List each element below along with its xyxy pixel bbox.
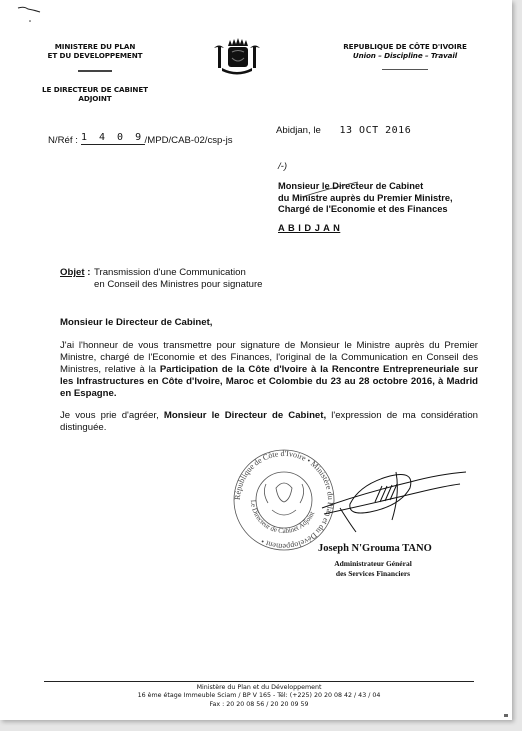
subject-line-1: Transmission d'une Communication [94, 267, 263, 279]
subject-text: Transmission d'une Communication en Cons… [94, 267, 263, 291]
date-stamp: 13 OCT 2016 [339, 125, 411, 136]
body-p2-addressee: Monsieur le Directeur de Cabinet, [164, 410, 326, 421]
svg-text:Le Directeur de Cabinet Adjoin: Le Directeur de Cabinet Adjoint [249, 500, 316, 536]
footer: Ministère du Plan et du Développement 16… [44, 684, 474, 709]
handwritten-correction-icon [300, 180, 370, 200]
subject-separator: : [85, 267, 91, 278]
subject-label: Objet [60, 267, 85, 278]
office-line-1: LE DIRECTEUR DE CABINET [40, 85, 150, 94]
body-paragraph-1: J'ai l'honneur de vous transmettre pour … [60, 340, 478, 400]
signature-icon [320, 464, 470, 534]
body-paragraph-2: Je vous prie d'agréer, Monsieur le Direc… [60, 410, 478, 434]
ministry-line-2: ET DU DEVELOPPEMENT [40, 51, 150, 60]
country-name: REPUBLIQUE DE CÔTE D'IVOIRE [340, 42, 470, 51]
office-title: LE DIRECTEUR DE CABINET ADJOINT [40, 85, 150, 103]
page-resize-handle[interactable] [504, 714, 508, 717]
country-motto: Union – Discipline – Travail [340, 51, 470, 60]
subject-block: Objet : [60, 267, 90, 279]
ministry-name: MINISTERE DU PLAN ET DU DEVELOPPEMENT [40, 42, 150, 60]
scribble-mark-icon [16, 4, 46, 24]
reference-label: N/Réf : [48, 135, 78, 146]
document-page: MINISTERE DU PLAN ET DU DEVELOPPEMENT LE… [0, 0, 512, 720]
reference-suffix: /MPD/CAB-02/csp-js [145, 135, 233, 146]
signatory-title-line-1: Administrateur Général [323, 559, 423, 569]
recipient-city: A B I D J A N [278, 223, 453, 235]
footer-line-3: Fax : 20 20 08 56 / 20 20 09 59 [44, 701, 474, 709]
country-header: REPUBLIQUE DE CÔTE D'IVOIRE Union – Disc… [340, 42, 470, 60]
handwritten-mark: /-) [278, 161, 287, 173]
office-line-2: ADJOINT [40, 94, 150, 103]
header-divider-right [382, 69, 428, 70]
ministry-line-1: MINISTERE DU PLAN [40, 42, 150, 51]
footer-line-2: 16 ème étage Immeuble Sciam / BP V 165 -… [44, 692, 474, 700]
recipient-line-3: Chargé de l'Economie et des Finances [278, 204, 453, 216]
salutation: Monsieur le Directeur de Cabinet, [60, 317, 212, 329]
subject-line-2: en Conseil des Ministres pour signature [94, 279, 263, 291]
date-line: Abidjan, le 13 OCT 2016 [276, 125, 411, 137]
body-p2-intro: Je vous prie d'agréer, [60, 410, 164, 421]
reference-line: N/Réf : 1 4 0 9 /MPD/CAB-02/csp-js [48, 135, 233, 148]
coat-of-arms-icon [214, 38, 260, 76]
signatory-name: Joseph N'Grouma TANO [318, 543, 432, 554]
signatory-title-line-2: des Services Financiers [323, 569, 423, 579]
header-divider-left [78, 70, 112, 72]
signatory-title: Administrateur Général des Services Fina… [323, 559, 423, 578]
reference-number-field: 1 4 0 9 [81, 132, 145, 145]
stamp-inner-text: Le Directeur de Cabinet Adjoint [249, 500, 316, 536]
reference-number: 1 4 0 9 [81, 132, 144, 143]
footer-divider [44, 681, 474, 682]
date-place: Abidjan, le [276, 125, 321, 136]
